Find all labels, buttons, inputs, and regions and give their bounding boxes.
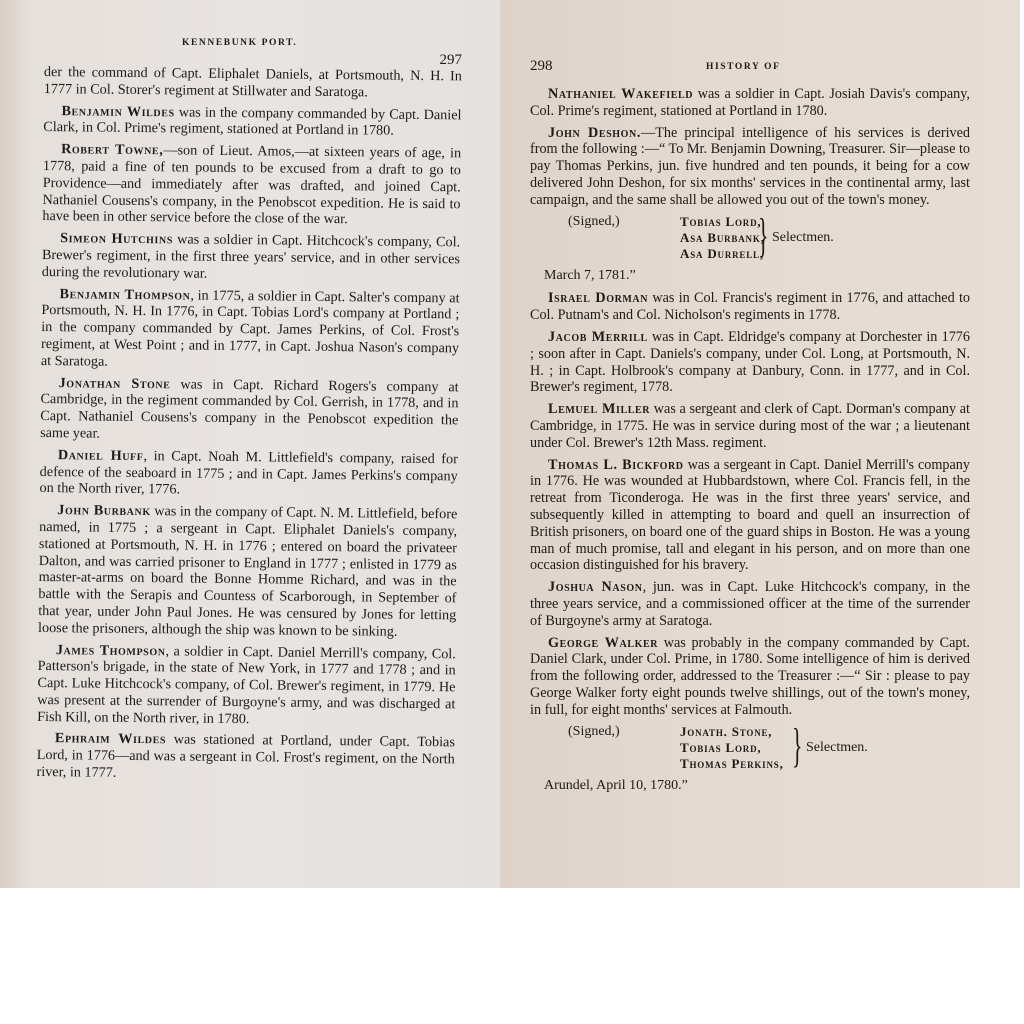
entry-text: was a sergeant in Capt. Daniel Merrill's… [530, 457, 970, 574]
entry-name: Daniel Huff [58, 447, 144, 464]
page-body: Nathaniel Wakefield was a soldier in Cap… [530, 86, 970, 794]
order-date: Arundel, April 10, 1780.” [544, 778, 970, 795]
signatory: Tobias Lord, [680, 740, 784, 756]
signatory-role: Selectmen. [772, 230, 834, 247]
entry-name: John Deshon. [548, 125, 641, 141]
page-number: 298 [530, 58, 553, 75]
entry-jacob-merrill: Jacob Merrill was in Capt. Eldridge's co… [530, 329, 970, 396]
entry-paragraph: Daniel Huff, in Capt. Noah M. Littlefiel… [39, 447, 458, 502]
entry-joshua-nason: Joshua Nason, jun. was in Capt. Luke Hit… [530, 579, 970, 629]
brace-glyph: } [758, 210, 768, 262]
entry-paragraph: Simeon Hutchins was a soldier in Capt. H… [42, 230, 461, 285]
brace-glyph: } [792, 720, 802, 772]
entry-paragraph: Ephraim Wildes was stationed at Portland… [36, 730, 455, 785]
entry-paragraph: John Burbank was in the company of Capt.… [38, 502, 457, 641]
entry-name: Simeon Hutchins [60, 230, 173, 247]
page-298: 298 HISTORY OF Nathaniel Wakefield was a… [500, 0, 1020, 888]
entry-name: Jacob Merrill [548, 329, 648, 345]
order-date: March 7, 1781.” [544, 268, 970, 285]
entry-text: was in the company of Capt. N. M. Little… [38, 503, 457, 639]
entry-name: Israel Dorman [548, 290, 648, 306]
entry-name: Jonathan Stone [59, 375, 171, 392]
entry-paragraph: Robert Towne,—son of Lieut. Amos,—at six… [42, 141, 461, 229]
signed-label: (Signed,) [568, 214, 620, 231]
running-head: KENNEBUNK PORT. 297 [44, 38, 462, 64]
entry-name: Benjamin Thompson [60, 286, 191, 303]
entry-name: Nathaniel Wakefield [548, 86, 693, 102]
entry-paragraph: Jonathan Stone was in Capt. Richard Roge… [40, 375, 459, 447]
entry-name: Thomas L. Bickford [548, 457, 684, 473]
signed-label: (Signed,) [568, 724, 620, 741]
page-body: der the command of Capt. Eliphalet Danie… [36, 64, 461, 785]
signatory-role: Selectmen. [806, 740, 868, 757]
page-297: KENNEBUNK PORT. 297 der the command of C… [0, 0, 500, 888]
book-spread: KENNEBUNK PORT. 297 der the command of C… [0, 0, 1024, 888]
signatory: Tobias Lord, [680, 214, 765, 230]
signatory: Thomas Perkins, [680, 756, 784, 772]
signatory: Asa Durrell, [680, 246, 765, 262]
entry-paragraph: Benjamin Thompson, in 1775, a soldier in… [41, 286, 460, 374]
entry-text: der the command of Capt. Eliphalet Danie… [44, 64, 462, 100]
entry-paragraph: der the command of Capt. Eliphalet Danie… [44, 64, 462, 102]
running-head-title: HISTORY OF [706, 62, 781, 72]
page-number: 297 [440, 52, 463, 69]
signatory: Jonath. Stone, [680, 724, 784, 740]
running-head: 298 HISTORY OF [530, 52, 970, 86]
entry-thomas-bickford: Thomas L. Bickford was a sergeant in Cap… [530, 457, 970, 575]
signature-block: (Signed,) Tobias Lord, Asa Burbank, Asa … [530, 214, 970, 266]
signatory-names: Tobias Lord, Asa Burbank, Asa Durrell, [680, 214, 765, 262]
running-head-title: KENNEBUNK PORT. [182, 38, 297, 48]
entry-name: John Burbank [57, 502, 151, 519]
entry-name: James Thompson [56, 642, 166, 659]
entry-name: Ephraim Wildes [55, 731, 166, 748]
entry-paragraph: Benjamin Wildes was in the company comma… [43, 103, 461, 141]
entry-paragraph: James Thompson, a soldier in Capt. Danie… [37, 641, 456, 729]
signatory-names: Jonath. Stone, Tobias Lord, Thomas Perki… [680, 724, 784, 772]
page-edge [1020, 0, 1024, 888]
entry-john-deshon: John Deshon.—The principal intelligence … [530, 125, 970, 209]
entry-nathaniel-wakefield: Nathaniel Wakefield was a soldier in Cap… [530, 86, 970, 120]
entry-lemuel-miller: Lemuel Miller was a sergeant and clerk o… [530, 401, 970, 451]
entry-name: Robert Towne, [61, 141, 163, 158]
entry-george-walker: George Walker was probably in the compan… [530, 635, 970, 719]
entry-name: Lemuel Miller [548, 401, 650, 417]
entry-name: Benjamin Wildes [61, 103, 174, 120]
entry-israel-dorman: Israel Dorman was in Col. Francis's regi… [530, 290, 970, 324]
signature-block: (Signed,) Jonath. Stone, Tobias Lord, Th… [530, 724, 970, 776]
signatory: Asa Burbank, [680, 230, 765, 246]
entry-name: Joshua Nason [548, 579, 643, 595]
entry-name: George Walker [548, 635, 658, 651]
